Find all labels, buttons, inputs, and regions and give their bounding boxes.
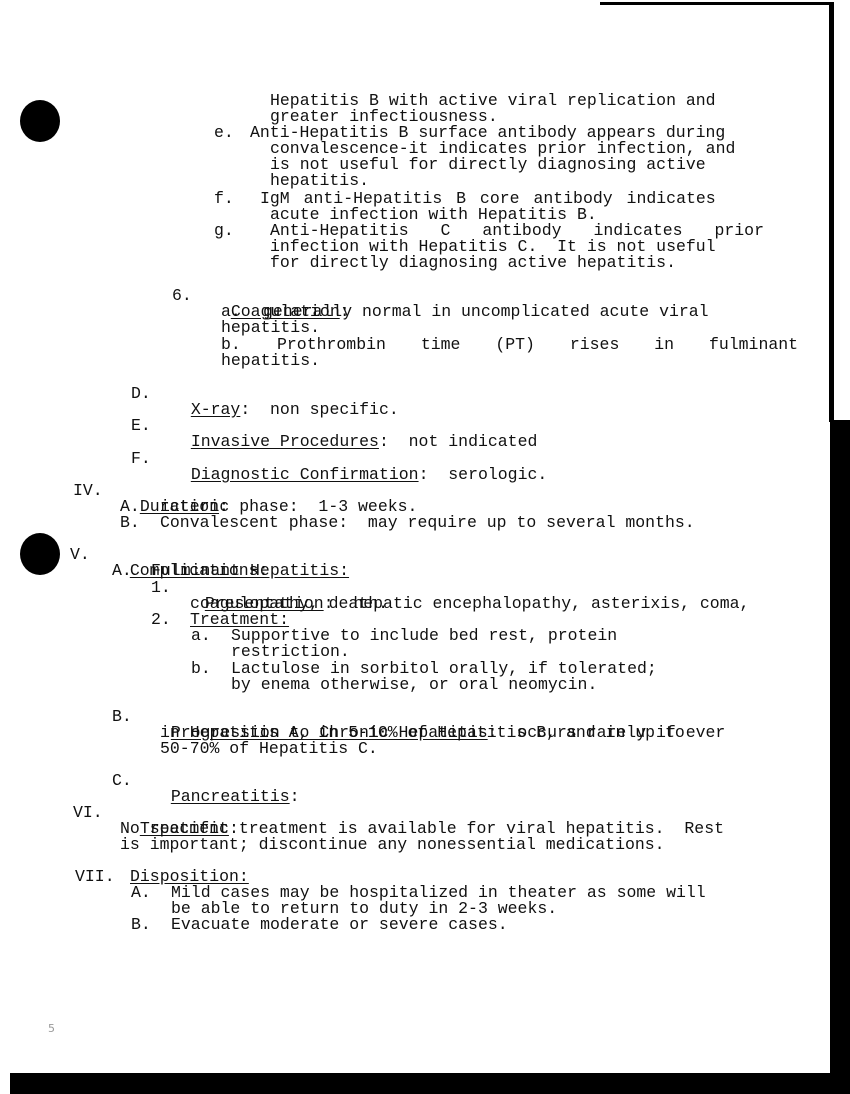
item-marker: D.	[131, 386, 151, 402]
text-line: restriction.	[231, 644, 350, 660]
item-marker: a.	[191, 628, 211, 644]
text-line: hepatitis.	[221, 353, 320, 369]
right-border-edge	[829, 2, 834, 422]
section-marker: V.	[70, 547, 90, 563]
text-line: is important; discontinue any nonessenti…	[120, 837, 665, 853]
pancreatitis-item: Pancreatitis:	[151, 773, 300, 805]
page-number-mark: 5	[48, 1022, 55, 1035]
section-marker: IV.	[73, 483, 103, 499]
text-line: hepatitis.	[221, 320, 320, 336]
item-marker: B.	[112, 709, 132, 725]
text-line: Convalescent phase: may require up to se…	[160, 515, 695, 531]
text-line: by enema otherwise, or oral neomycin.	[231, 677, 597, 693]
item-marker: E.	[131, 418, 151, 434]
right-border-edge-thick	[830, 420, 850, 1080]
heading-pancreatitis: Pancreatitis	[171, 787, 290, 806]
text-line: for directly diagnosing active hepatitis…	[270, 255, 676, 271]
item-marker: f.	[214, 191, 234, 207]
text-line: hepatitis.	[270, 173, 369, 189]
item-marker: A.	[131, 885, 151, 901]
item-marker: b.	[191, 661, 211, 677]
item-marker: B.	[131, 917, 151, 933]
section-marker: VI.	[73, 805, 103, 821]
punch-hole-middle	[20, 533, 60, 575]
item-marker: 6.	[172, 288, 192, 304]
item-marker: A.	[112, 563, 132, 579]
item-marker: e.	[214, 125, 234, 141]
text-line: Evacuate moderate or severe cases.	[171, 917, 508, 933]
text-line: generally normal in uncomplicated acute …	[263, 304, 709, 320]
heading-x-ray: X-ray	[191, 400, 241, 419]
top-border-line	[600, 2, 832, 5]
text-line: Prothrombin time (PT) rises in fulminant	[277, 337, 798, 353]
bottom-border-bar	[10, 1073, 850, 1094]
item-marker: B.	[120, 515, 140, 531]
heading-diagnostic-confirmation: Diagnostic Confirmation	[191, 465, 419, 484]
diagnostic-item: Diagnostic Confirmation: serologic.	[171, 451, 547, 483]
item-marker: g.	[214, 223, 234, 239]
item-marker: 1.	[151, 580, 171, 596]
item-marker: 2.	[151, 612, 171, 628]
text-line: 50-70% of Hepatitis C.	[160, 741, 378, 757]
diagnostic-item: X-ray: non specific.	[171, 386, 399, 418]
heading-invasive-procedures: Invasive Procedures	[191, 432, 379, 451]
item-marker: F.	[131, 451, 151, 467]
diagnostic-item: Invasive Procedures: not indicated	[171, 418, 537, 450]
item-marker: C.	[112, 773, 132, 789]
heading-fulminant-hepatitis: Fulminant Hepatitis:	[151, 563, 349, 579]
punch-hole-top	[20, 100, 60, 142]
section-marker: VII.	[75, 869, 115, 885]
